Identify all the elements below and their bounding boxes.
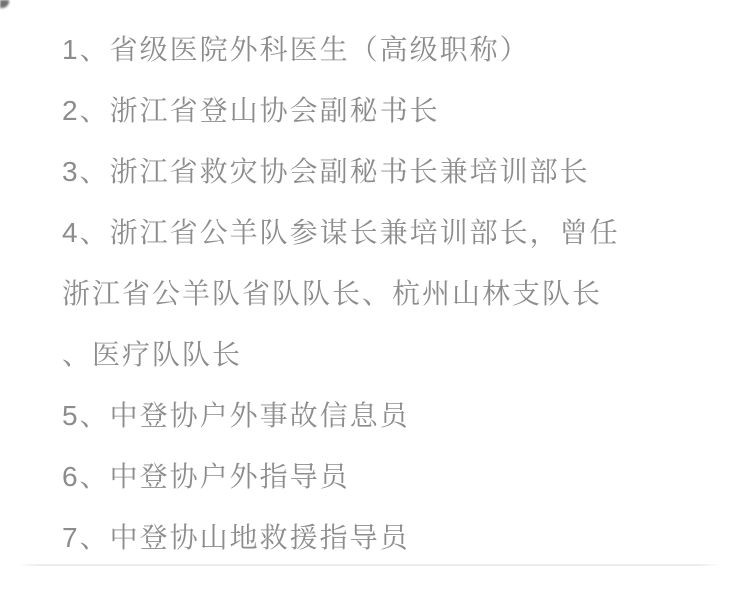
corner-artifact (0, 0, 9, 8)
list-line-4-continuation-2: 、医疗队队长 (62, 324, 725, 385)
list-line-4: 4、浙江省公羊队参谋长兼培训部长，曾任 (62, 202, 725, 263)
list-line-6: 6、中登协户外指导员 (62, 446, 725, 507)
list-line-5: 5、中登协户外事故信息员 (62, 385, 725, 446)
divider-line (18, 564, 720, 566)
list-line-2: 2、浙江省登山协会副秘书长 (62, 80, 725, 141)
list-line-4-continuation-1: 浙江省公羊队省队队长、杭州山林支队长 (62, 263, 725, 324)
list-line-3: 3、浙江省救灾协会副秘书长兼培训部长 (62, 141, 725, 202)
list-line-7: 7、中登协山地救援指导员 (62, 507, 725, 568)
list-line-1: 1、省级医院外科医生（高级职称） (62, 19, 725, 80)
article-page: 1、省级医院外科医生（高级职称） 2、浙江省登山协会副秘书长 3、浙江省救灾协会… (0, 0, 735, 599)
credentials-list: 1、省级医院外科医生（高级职称） 2、浙江省登山协会副秘书长 3、浙江省救灾协会… (62, 19, 725, 568)
